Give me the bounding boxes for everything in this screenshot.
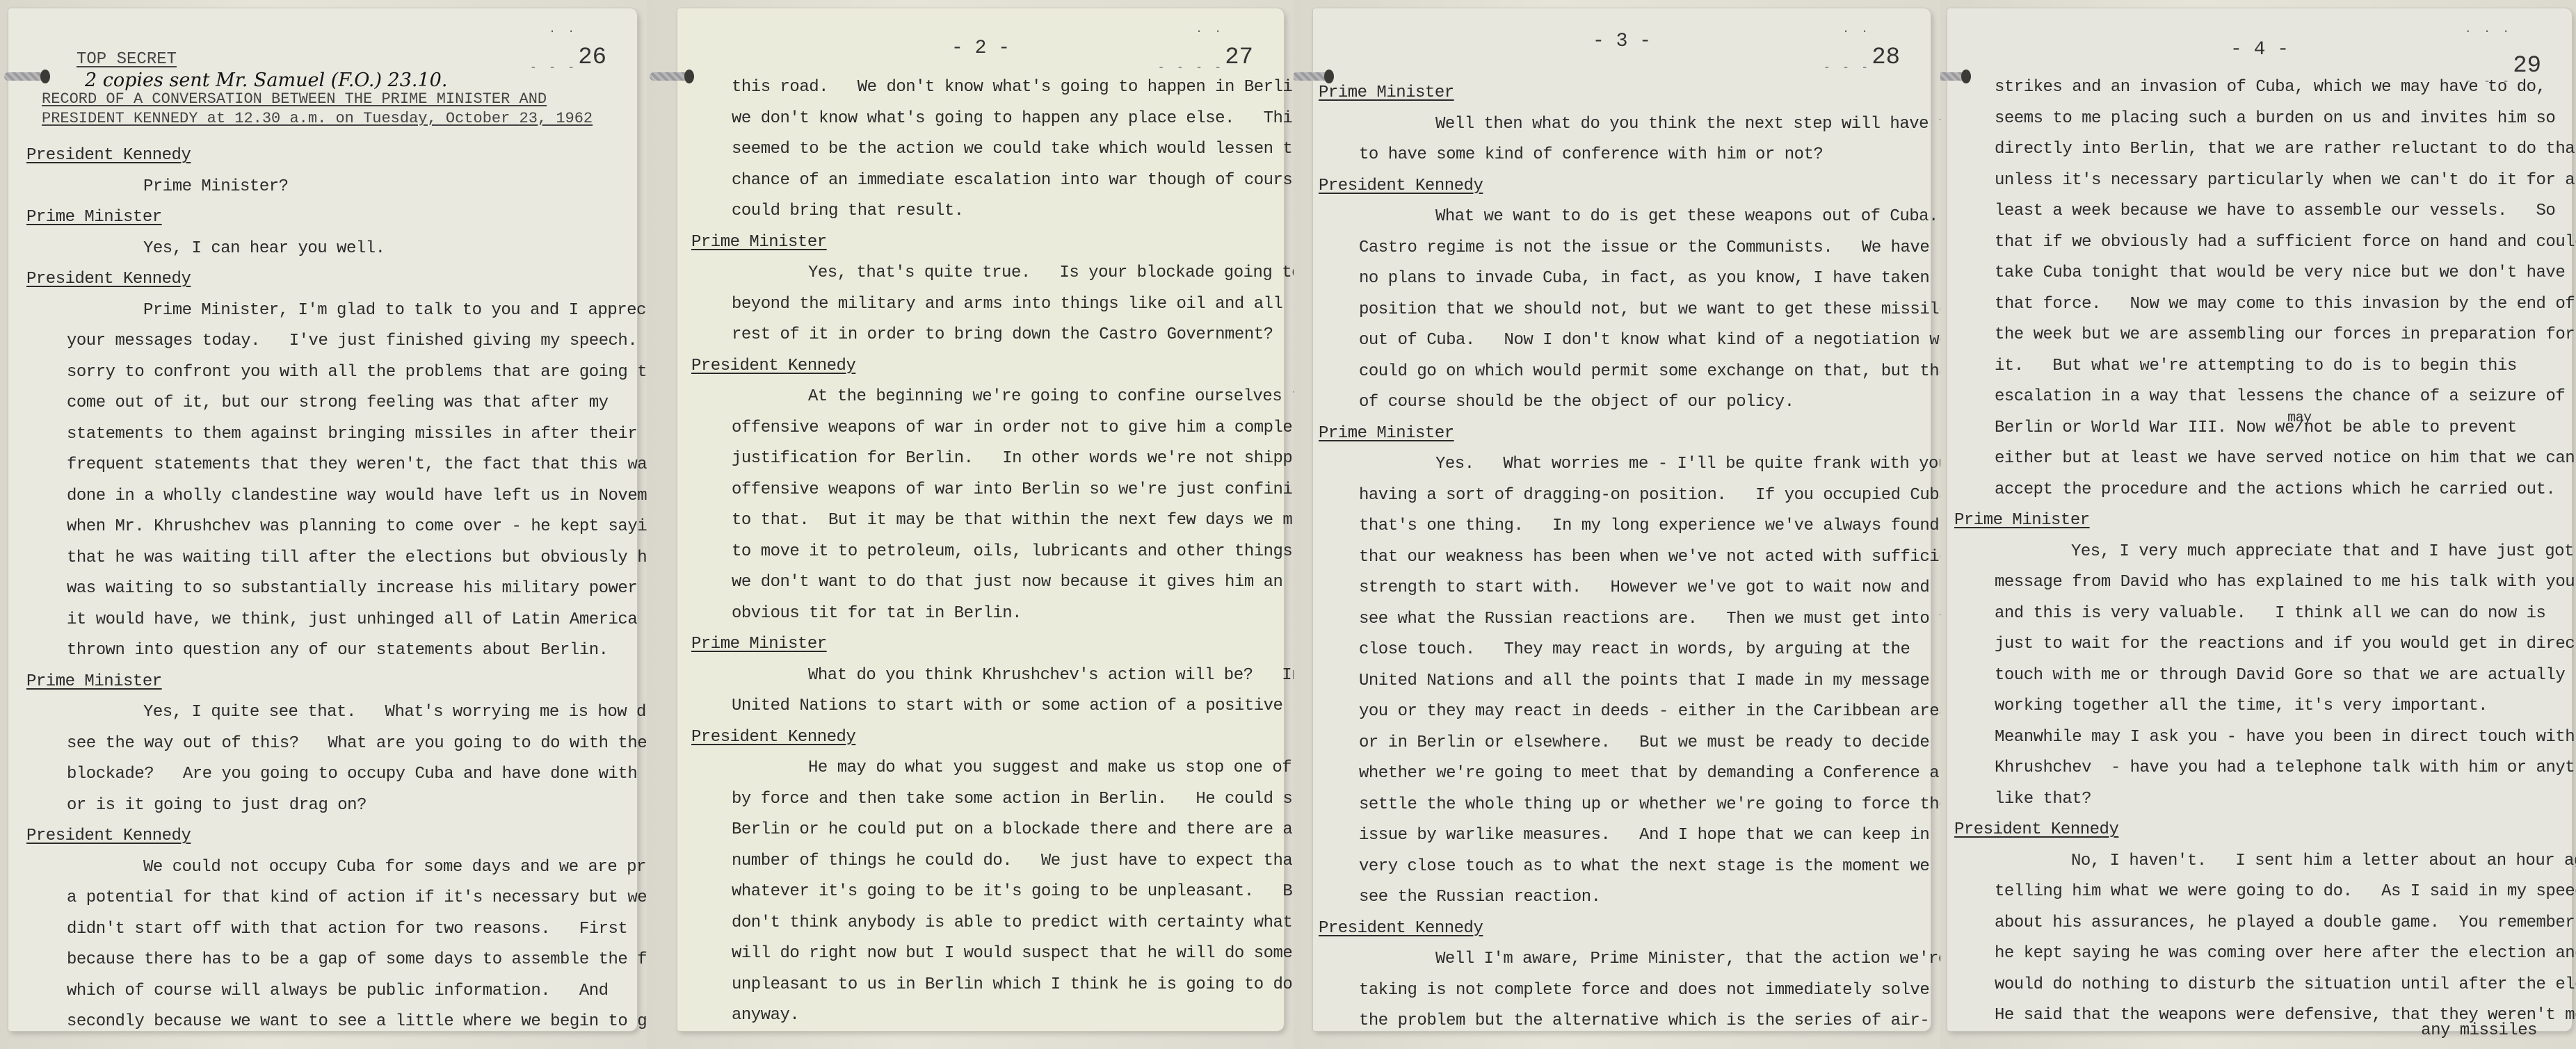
text-line: secondly because we want to see a little… (67, 1007, 616, 1038)
speech-paragraph: Well I'm aware, Prime Minister, that the… (1319, 944, 1910, 1037)
speaker-label: President Kennedy (26, 264, 616, 295)
text-line: Berlin or he could put on a blockade the… (732, 815, 1263, 846)
text-line: which of course will always be public in… (67, 976, 616, 1007)
text-line: like that? (1995, 784, 2551, 815)
text-line: least a week because we have to assemble… (1995, 196, 2551, 227)
text-line: Yes, I quite see that. What's worrying m… (67, 697, 616, 729)
text-line: see what the Russian reactions are. Then… (1359, 604, 1910, 635)
text-line: rest of it in order to bring down the Ca… (732, 320, 1263, 351)
text-line: offensive weapons of war in order not to… (732, 413, 1263, 444)
text-line: Prime Minister, I'm glad to talk to you … (67, 295, 616, 327)
text-line: Meanwhile may I ask you - have you been … (1995, 722, 2551, 754)
text-line: Castro regime is not the issue or the Co… (1359, 233, 1910, 264)
text-line: done in a wholly clandestine way would h… (67, 481, 616, 512)
speaker-label: President Kennedy (26, 140, 616, 172)
text-line: it. But what we're attempting to do is t… (1995, 351, 2551, 382)
speaker-label: Prime Minister (691, 629, 1263, 660)
text-line: At the beginning we're going to confine … (732, 382, 1263, 413)
speaker-label: Prime Minister (1319, 78, 1910, 109)
text-line: to have some kind of conference with him… (1359, 140, 1910, 171)
page-2: - 2 - · · 27 - - - - this road. We don't… (677, 8, 1284, 1031)
text-line: justification for Berlin. In other words… (732, 444, 1263, 475)
text-line: that if we obviously had a sufficient fo… (1995, 227, 2551, 259)
speech-paragraph: What do you think Khrushchev's action wi… (691, 660, 1263, 722)
text-line: he kept saying he was coming over here a… (1995, 938, 2551, 970)
page-slot-3: - 3 - · · 28 - - - Prime MinisterWell th… (1294, 0, 1940, 1049)
speech-paragraph: Well then what do you think the next ste… (1319, 109, 1910, 171)
speaker-label: President Kennedy (1954, 815, 2551, 846)
text-line: blockade? Are you going to occupy Cuba a… (67, 759, 616, 790)
document-spread: · · 26 - - - TOP SECRET 2 copies sent Mr… (0, 0, 2576, 1049)
text-line: see the Russian reaction. (1359, 882, 1910, 913)
text-line: no plans to invade Cuba, in fact, as you… (1359, 263, 1910, 295)
text-line: whatever it's going to be it's going to … (732, 877, 1263, 908)
binding-string-icon (4, 72, 46, 81)
text-line: we don't know what's going to happen any… (732, 104, 1263, 135)
text-line: chance of an immediate escalation into w… (732, 165, 1263, 197)
folio-number: 28 (1871, 44, 1900, 71)
text-line: out of Cuba. Now I don't know what kind … (1359, 325, 1910, 357)
text-line: escalation in a way that lessens the cha… (1995, 382, 2551, 413)
text-line: see the way out of this? What are you go… (67, 729, 616, 760)
text-line: very close touch as to what the next sta… (1359, 852, 1910, 883)
text-line: Khrushchev - have you had a telephone ta… (1995, 753, 2551, 784)
folio-number: 27 (1225, 44, 1253, 71)
speech-paragraph: Yes, I quite see that. What's worrying m… (26, 697, 616, 821)
handwritten-note: 2 copies sent Mr. Samuel (F.O.) 23.10. (85, 70, 447, 91)
text-line: United Nations to start with or some act… (732, 691, 1263, 722)
handwritten-insertion: may (2287, 403, 2312, 434)
speech-paragraph: Yes, that's quite true. Is your blockade… (691, 258, 1263, 351)
text-line: come out of it, but our strong feeling w… (67, 388, 616, 419)
folio-dots: - - - (1824, 61, 1871, 74)
text-line: beyond the military and arms into things… (732, 289, 1263, 320)
text-line: Well then what do you think the next ste… (1359, 109, 1910, 140)
text-line: United Nations and all the points that I… (1359, 666, 1910, 697)
text-line: unless it's necessary particularly when … (1995, 165, 2551, 197)
speech-paragraph: Prime Minister, I'm glad to talk to you … (26, 295, 616, 667)
page-marker: - 4 - (1947, 39, 2572, 60)
speech-paragraph: Yes, I can hear you well. (26, 234, 616, 265)
page-3: - 3 - · · 28 - - - Prime MinisterWell th… (1313, 8, 1931, 1031)
text-line: unpleasant to us in Berlin which I think… (732, 970, 1263, 1001)
text-line: frequent statements that they weren't, t… (67, 450, 616, 481)
text-line: was waiting to so substantially increase… (67, 574, 616, 605)
text-line: because there has to be a gap of some da… (67, 945, 616, 976)
text-line: taking is not complete force and does no… (1359, 975, 1910, 1007)
text-line: this road. We don't know what's going to… (732, 72, 1263, 104)
speech-paragraph: strikes and an invasion of Cuba, which w… (1954, 72, 2551, 505)
text-line: statements to them against bringing miss… (67, 419, 616, 450)
speech-paragraph: We could not occupy Cuba for some days a… (26, 852, 616, 1038)
text-line: anyway. (732, 1000, 1263, 1032)
text-line: strength to start with. However we've go… (1359, 573, 1910, 604)
text-line: What do you think Khrushchev's action wi… (732, 660, 1263, 692)
text-line: that force. Now we may come to this inva… (1995, 289, 2551, 320)
text-line: He may do what you suggest and make us s… (732, 753, 1263, 784)
speaker-label: Prime Minister (1954, 505, 2551, 537)
text-line: the week but we are assembling our force… (1995, 320, 2551, 351)
text-line: just to wait for the reactions and if yo… (1995, 629, 2551, 660)
text-line: or is it going to just drag on? (67, 790, 616, 822)
text-line: Prime Minister? (67, 172, 616, 203)
page-marker: - 2 - (677, 38, 1284, 59)
speech-paragraph: He may do what you suggest and make us s… (691, 753, 1263, 1032)
text-line: your messages today. I've just finished … (67, 326, 616, 357)
speaker-label: President Kennedy (26, 821, 616, 852)
text-line: that our weakness has been when we've no… (1359, 542, 1910, 574)
text-line: Yes. What worries me - I'll be quite fra… (1359, 449, 1910, 480)
heading-line-1: RECORD OF A CONVERSATION BETWEEN THE PRI… (42, 92, 593, 107)
speech-paragraph: this road. We don't know what's going to… (691, 72, 1263, 227)
text-line: Berlin or World War III. Now maywe/not b… (1995, 413, 2551, 444)
text-line: seemed to be the action we could take wh… (732, 134, 1263, 165)
speaker-label: Prime Minister (691, 227, 1263, 259)
speech-paragraph: Prime Minister? (26, 172, 616, 203)
speaker-label: President Kennedy (691, 722, 1263, 754)
speaker-label: Prime Minister (26, 667, 616, 698)
text-line: the problem but the alternative which is… (1359, 1006, 1910, 1037)
classification-label: TOP SECRET (77, 50, 177, 69)
page-content: this road. We don't know what's going to… (691, 72, 1263, 1032)
speech-paragraph: What we want to do is get these weapons … (1319, 202, 1910, 418)
text-line: could bring that result. (732, 196, 1263, 227)
text-line: having a sort of dragging-on position. I… (1359, 480, 1910, 512)
folio-dots: · · · (2465, 25, 2512, 38)
text-line: could go on which would permit some exch… (1359, 357, 1910, 388)
text-line: telling him what we were going to do. As… (1995, 877, 2551, 908)
text-line: take Cuba tonight that would be very nic… (1995, 258, 2551, 289)
text-line: about his assurances, he played a double… (1995, 908, 2551, 939)
text-line: that's one thing. In my long experience … (1359, 511, 1910, 542)
folio-dots: · · (549, 25, 577, 38)
speaker-label: Prime Minister (1319, 418, 1910, 450)
text-line: it would have, we think, just unhinged a… (67, 605, 616, 636)
text-line: by force and then take some action in Be… (732, 784, 1263, 815)
text-line: Well I'm aware, Prime Minister, that the… (1359, 944, 1910, 975)
text-line: issue by warlike measures. And I hope th… (1359, 820, 1910, 852)
text-line: directly into Berlin, that we are rather… (1995, 134, 2551, 165)
text-line: will do right now but I would suspect th… (732, 938, 1263, 970)
text-line: to that. But it may be that within the n… (732, 505, 1263, 537)
speech-paragraph: At the beginning we're going to confine … (691, 382, 1263, 629)
text-line: and this is very valuable. I think all w… (1995, 599, 2551, 630)
heading-line-2: PRESIDENT KENNEDY at 12.30 a.m. on Tuesd… (42, 111, 593, 127)
text-line: we don't want to do that just now becaus… (732, 567, 1263, 599)
text-line: seems to me placing such a burden on us … (1995, 104, 2551, 135)
folio-dots: - - - (530, 61, 577, 74)
text-line: didn't start off with that action for tw… (67, 914, 616, 945)
speaker-label: President Kennedy (1319, 171, 1910, 202)
page-slot-4: - 4 - · · · 29 - - - strikes and an inva… (1940, 0, 2576, 1049)
text-line: Yes, that's quite true. Is your blockade… (732, 258, 1263, 289)
text-line: No, I haven't. I sent him a letter about… (1995, 846, 2551, 877)
page-content: strikes and an invasion of Cuba, which w… (1954, 72, 2551, 1039)
text-line: thrown into question any of our statemen… (67, 635, 616, 667)
page-slot-1: · · 26 - - - TOP SECRET 2 copies sent Mr… (0, 0, 647, 1049)
text-line: when Mr. Khrushchev was planning to come… (67, 512, 616, 543)
text-line: offensive weapons of war into Berlin so … (732, 475, 1263, 506)
page-slot-2: - 2 - · · 27 - - - - this road. We don't… (647, 0, 1294, 1049)
text-line: number of things he could do. We just ha… (732, 846, 1263, 877)
text-line: a potential for that kind of action if i… (67, 883, 616, 914)
page-marker: - 3 - (1313, 31, 1931, 52)
punch-hole-icon (40, 70, 50, 83)
text-line: message from David who has explained to … (1995, 567, 2551, 599)
text-line: position that we should not, but we want… (1359, 295, 1910, 326)
text-line: don't think anybody is able to predict w… (732, 908, 1263, 939)
text-line: We could not occupy Cuba for some days a… (67, 852, 616, 884)
speaker-label: President Kennedy (691, 351, 1263, 382)
speech-paragraph: No, I haven't. I sent him a letter about… (1954, 846, 2551, 1032)
text-line: that he was waiting till after the elect… (67, 543, 616, 574)
page-content: Prime MinisterWell then what do you thin… (1319, 78, 1910, 1037)
text-line: strikes and an invasion of Cuba, which w… (1995, 72, 2551, 104)
text-line: obvious tit for tat in Berlin. (732, 599, 1263, 630)
text-line: or in Berlin or elsewhere. But we must b… (1359, 728, 1910, 759)
text-line: What we want to do is get these weapons … (1359, 202, 1910, 233)
speech-paragraph: Yes, I very much appreciate that and I h… (1954, 537, 2551, 815)
text-line: to move it to petroleum, oils, lubricant… (732, 537, 1263, 568)
document-heading: RECORD OF A CONVERSATION BETWEEN THE PRI… (42, 92, 593, 127)
folio-dots: · · (1842, 25, 1871, 38)
folio-number: 26 (578, 44, 606, 71)
text-line: accept the procedure and the actions whi… (1995, 475, 2551, 506)
text-line: close touch. They may react in words, by… (1359, 635, 1910, 666)
speech-paragraph: Yes. What worries me - I'll be quite fra… (1319, 449, 1910, 913)
text-line: working together all the time, it's very… (1995, 691, 2551, 722)
speaker-label: President Kennedy (1319, 913, 1910, 945)
text-line: sorry to confront you with all the probl… (67, 357, 616, 389)
text-line: of course should be the object of our po… (1359, 387, 1910, 418)
speaker-label: Prime Minister (26, 202, 616, 234)
text-line: either but at least we have served notic… (1995, 444, 2551, 475)
text-line: Yes, I very much appreciate that and I h… (1995, 537, 2551, 568)
page-1: · · 26 - - - TOP SECRET 2 copies sent Mr… (8, 8, 637, 1031)
text-line: would do nothing to disturb the situatio… (1995, 970, 2551, 1001)
text-line: you or they may react in deeds - either … (1359, 697, 1910, 728)
text-line: settle the whole thing up or whether we'… (1359, 790, 1910, 821)
text-line: touch with me or through David Gore so t… (1995, 660, 2551, 692)
text-line: Yes, I can hear you well. (67, 234, 616, 265)
folio-dots: · · (1196, 25, 1224, 38)
text-line: whether we're going to meet that by dema… (1359, 758, 1910, 790)
page-content: President KennedyPrime Minister?Prime Mi… (26, 140, 616, 1038)
page-4: - 4 - · · · 29 - - - strikes and an inva… (1947, 8, 2572, 1031)
